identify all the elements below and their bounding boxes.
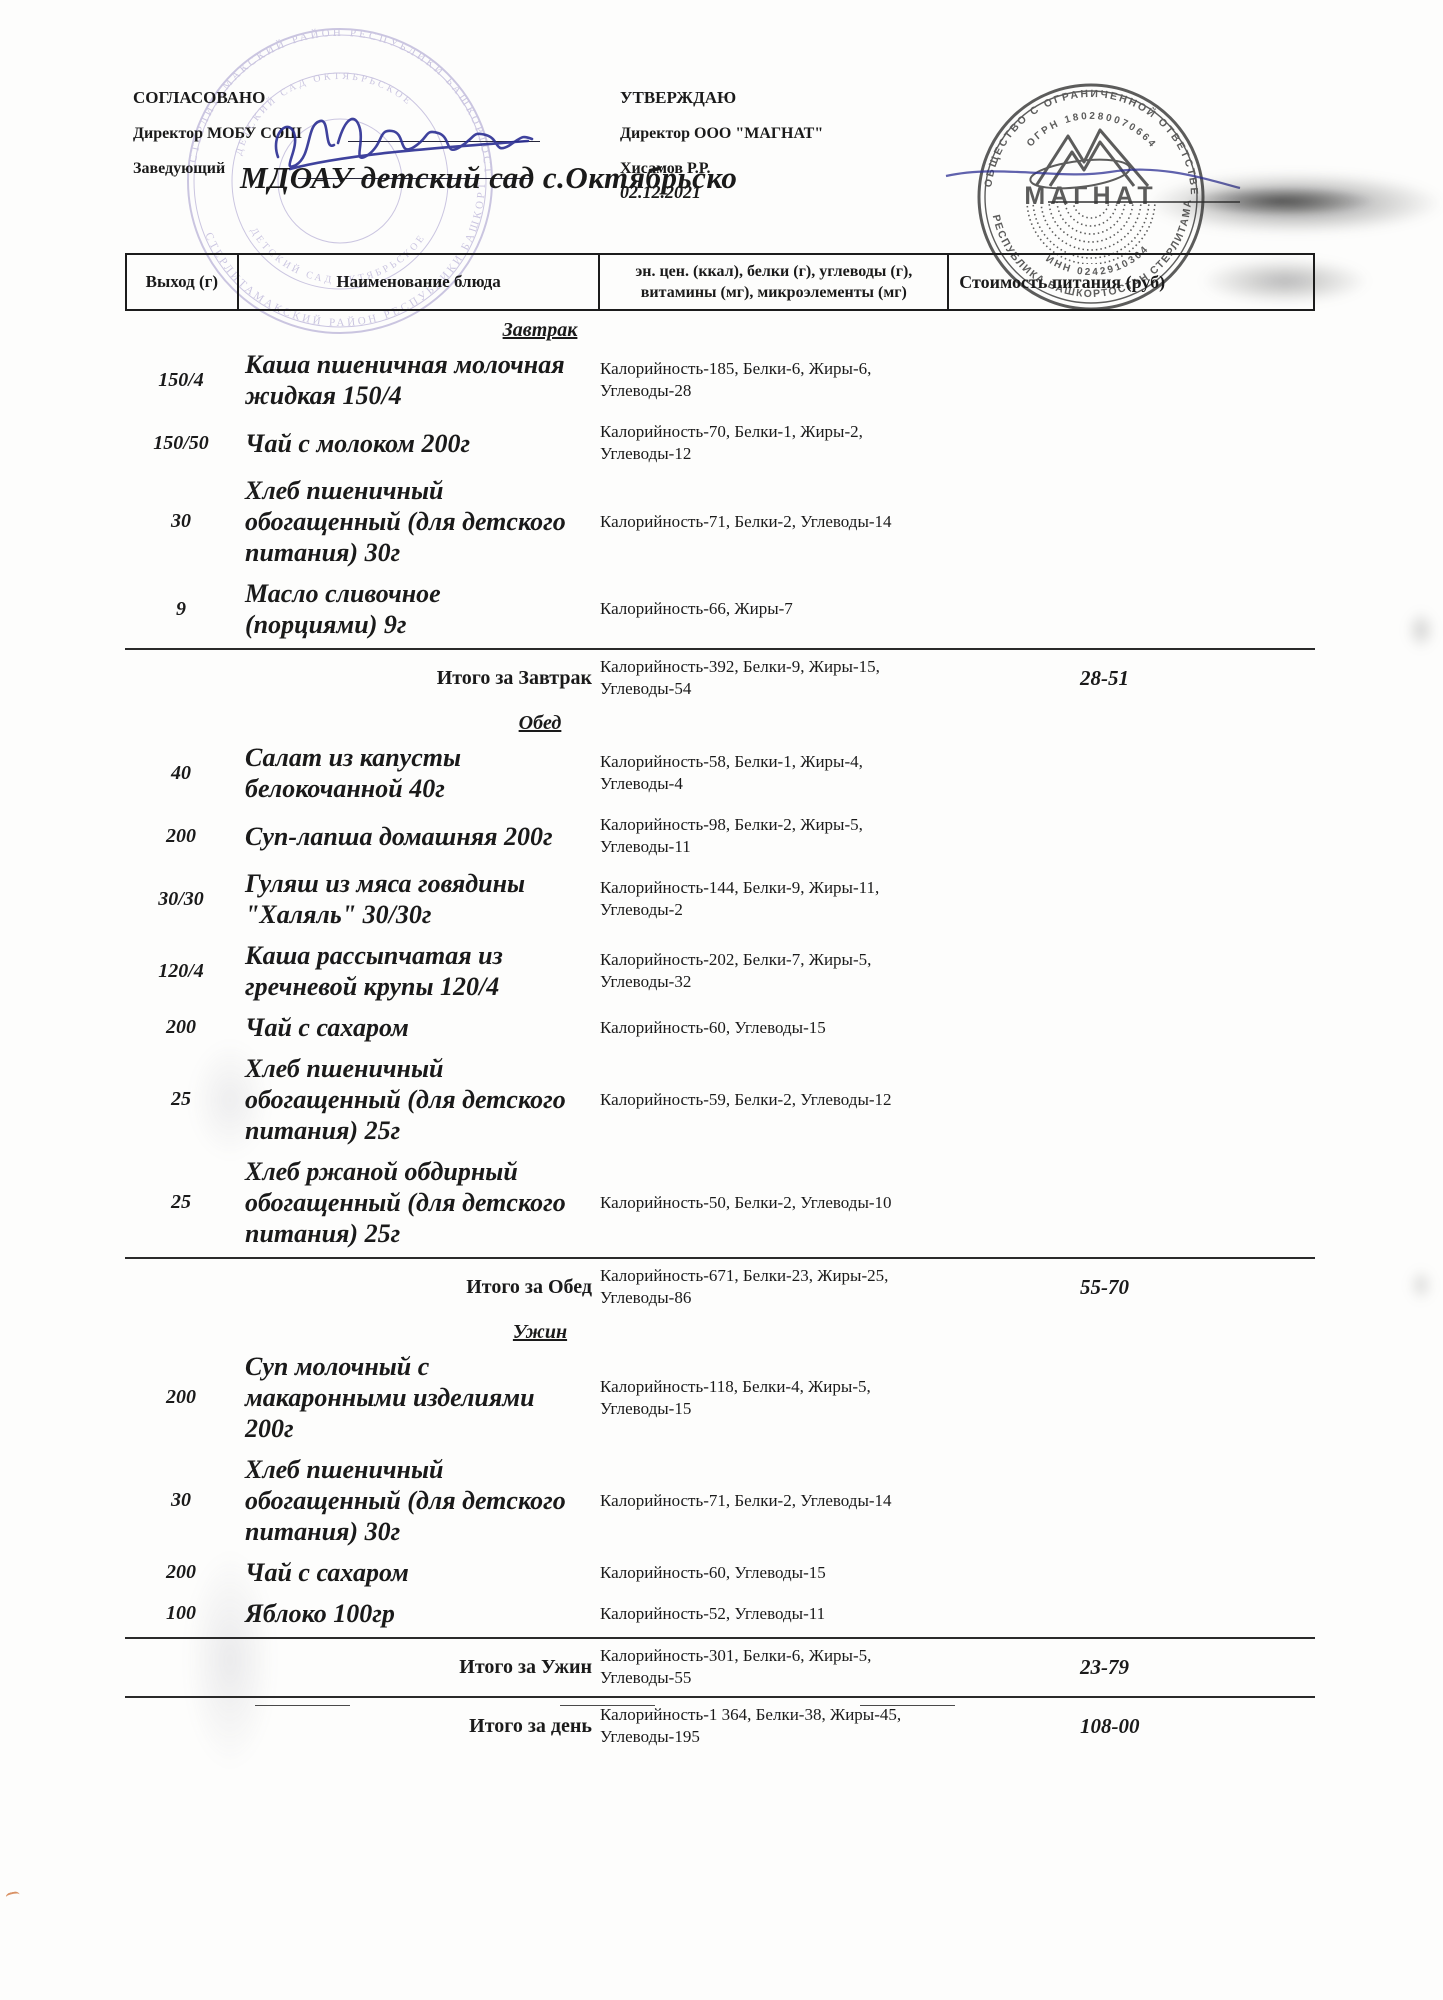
menu-item-row: 200 Суп молочный с макаронными изделиями… (125, 1346, 1315, 1449)
header-nutrition: эн. цен. (ккал), белки (г), углеводы (г)… (600, 255, 949, 309)
menu-item-row: 200 Суп-лапша домашняя 200г Калорийность… (125, 809, 1315, 863)
item-name: Хлеб пшеничный обогащенный (для детского… (237, 475, 600, 568)
menu-item-row: 30 Хлеб пшеничный обогащенный (для детск… (125, 1449, 1315, 1552)
item-nutrition: Калорийность-118, Белки-4, Жиры-5, Углев… (600, 1376, 950, 1420)
menu-item-row: 100 Яблоко 100гр Калорийность-52, Углево… (125, 1593, 1315, 1634)
total-label: Итого за Обед (125, 1276, 600, 1299)
item-weight: 120/4 (125, 960, 237, 983)
total-nutrition: Калорийность-392, Белки-9, Жиры-15, Угле… (600, 656, 950, 700)
item-nutrition: Калорийность-71, Белки-2, Углеводы-14 (600, 511, 950, 533)
section-label-breakfast: Завтрак (125, 311, 955, 344)
item-name: Суп-лапша домашняя 200г (237, 821, 600, 852)
approved-label: УТВЕРЖДАЮ (620, 88, 823, 108)
item-nutrition: Калорийность-70, Белки-1, Жиры-2, Углево… (600, 421, 950, 465)
total-label: Итого за день (125, 1715, 600, 1738)
menu-item-row: 120/4 Каша рассыпчатая из гречневой круп… (125, 935, 1315, 1007)
item-name: Чай с сахаром (237, 1012, 600, 1043)
total-nutrition: Калорийность-1 364, Белки-38, Жиры-45, У… (600, 1704, 950, 1748)
section-label-dinner: Ужин (125, 1313, 955, 1346)
total-cost: 55-70 (950, 1275, 1315, 1300)
item-nutrition: Калорийность-66, Жиры-7 (600, 598, 950, 620)
item-name: Хлеб пшеничный обогащенный (для детского… (237, 1053, 600, 1146)
item-nutrition: Калорийность-52, Углеводы-11 (600, 1603, 950, 1625)
item-name: Каша рассыпчатая из гречневой крупы 120/… (237, 940, 600, 1002)
scan-smudge (1406, 610, 1436, 650)
item-name: Каша пшеничная молочная жидкая 150/4 (237, 349, 600, 411)
dinner-total-row: Итого за Ужин Калорийность-301, Белки-6,… (125, 1641, 1315, 1693)
item-name: Гуляш из мяса говядины "Халяль" 30/30г (237, 868, 600, 930)
item-name: Чай с молоком 200г (237, 428, 600, 459)
header-weight: Выход (г) (127, 255, 239, 309)
blank-signature-line (560, 1705, 655, 1706)
item-name: Масло сливочное (порциями) 9г (237, 578, 600, 640)
separator-line (125, 648, 1315, 650)
scanned-menu-document: СТЕРЛИТАМАКСКИЙ РАЙОН РЕСПУБЛИКИ БАШКОРТ… (0, 0, 1443, 2000)
total-nutrition: Калорийность-671, Белки-23, Жиры-25, Угл… (600, 1265, 950, 1309)
separator-line (125, 1637, 1315, 1639)
menu-item-row: 200 Чай с сахаром Калорийность-60, Углев… (125, 1552, 1315, 1593)
scan-smudge (1408, 1268, 1434, 1302)
item-weight: 150/4 (125, 369, 237, 392)
item-weight: 100 (125, 1602, 237, 1625)
item-nutrition: Калорийность-202, Белки-7, Жиры-5, Углев… (600, 949, 950, 993)
item-name: Яблоко 100гр (237, 1598, 600, 1629)
item-nutrition: Калорийность-60, Углеводы-15 (600, 1562, 950, 1584)
header-cost: Стоимость питания (руб) (949, 255, 1313, 309)
total-label: Итого за Завтрак (125, 667, 600, 690)
blank-signature-line (255, 1705, 350, 1706)
item-nutrition: Калорийность-71, Белки-2, Углеводы-14 (600, 1490, 950, 1512)
document-title: МДОАУ детский сад с.Октябрьско (240, 160, 737, 196)
item-nutrition: Калорийность-59, Белки-2, Углеводы-12 (600, 1089, 950, 1111)
item-weight: 40 (125, 762, 237, 785)
menu-item-row: 150/50 Чай с молоком 200г Калорийность-7… (125, 416, 1315, 470)
total-nutrition: Калорийность-301, Белки-6, Жиры-5, Углев… (600, 1645, 950, 1689)
item-weight: 25 (125, 1088, 237, 1111)
item-weight: 30/30 (125, 888, 237, 911)
item-nutrition: Калорийность-58, Белки-1, Жиры-4, Углево… (600, 751, 950, 795)
header-dish-name: Наименование блюда (239, 255, 601, 309)
day-total-row: Итого за день Калорийность-1 364, Белки-… (125, 1700, 1315, 1752)
item-weight: 30 (125, 1489, 237, 1512)
menu-item-row: 150/4 Каша пшеничная молочная жидкая 150… (125, 344, 1315, 416)
total-cost: 23-79 (950, 1655, 1315, 1680)
item-name: Хлеб пшеничный обогащенный (для детского… (237, 1454, 600, 1547)
item-name: Хлеб ржаной обдирный обогащенный (для де… (237, 1156, 600, 1249)
item-weight: 150/50 (125, 432, 237, 455)
breakfast-total-row: Итого за Завтрак Калорийность-392, Белки… (125, 652, 1315, 704)
item-weight: 200 (125, 825, 237, 848)
item-nutrition: Калорийность-50, Белки-2, Углеводы-10 (600, 1192, 950, 1214)
separator-line (125, 1696, 1315, 1698)
section-label-lunch: Обед (125, 704, 955, 737)
total-label: Итого за Ужин (125, 1656, 600, 1679)
item-name: Салат из капусты белокочанной 40г (237, 742, 600, 804)
menu-item-row: 9 Масло сливочное (порциями) 9г Калорийн… (125, 573, 1315, 645)
scan-mark (5, 1891, 21, 1904)
separator-line (125, 1257, 1315, 1259)
item-name: Суп молочный с макаронными изделиями 200… (237, 1351, 600, 1444)
menu-item-row: 30/30 Гуляш из мяса говядины "Халяль" 30… (125, 863, 1315, 935)
item-weight: 9 (125, 598, 237, 621)
table-header-row: Выход (г) Наименование блюда эн. цен. (к… (125, 253, 1315, 311)
blank-signature-line (860, 1705, 955, 1706)
approved-role: Директор ООО "МАГНАТ" (620, 125, 823, 143)
item-weight: 30 (125, 510, 237, 533)
item-weight: 25 (125, 1191, 237, 1214)
item-weight: 200 (125, 1561, 237, 1584)
item-weight: 200 (125, 1016, 237, 1039)
menu-item-row: 25 Хлеб пшеничный обогащенный (для детск… (125, 1048, 1315, 1151)
menu-item-row: 25 Хлеб ржаной обдирный обогащенный (для… (125, 1151, 1315, 1254)
item-nutrition: Калорийность-144, Белки-9, Жиры-11, Угле… (600, 877, 950, 921)
menu-item-row: 40 Салат из капусты белокочанной 40г Кал… (125, 737, 1315, 809)
item-name: Чай с сахаром (237, 1557, 600, 1588)
total-cost: 28-51 (950, 666, 1315, 691)
total-cost: 108-00 (950, 1714, 1315, 1739)
item-nutrition: Калорийность-60, Углеводы-15 (600, 1017, 950, 1039)
item-weight: 200 (125, 1386, 237, 1409)
item-nutrition: Калорийность-98, Белки-2, Жиры-5, Углево… (600, 814, 950, 858)
menu-table: Выход (г) Наименование блюда эн. цен. (к… (125, 253, 1315, 1752)
item-nutrition: Калорийность-185, Белки-6, Жиры-6, Углев… (600, 358, 950, 402)
menu-item-row: 30 Хлеб пшеничный обогащенный (для детск… (125, 470, 1315, 573)
menu-item-row: 200 Чай с сахаром Калорийность-60, Углев… (125, 1007, 1315, 1048)
scan-smudge (1185, 186, 1375, 216)
lunch-total-row: Итого за Обед Калорийность-671, Белки-23… (125, 1261, 1315, 1313)
